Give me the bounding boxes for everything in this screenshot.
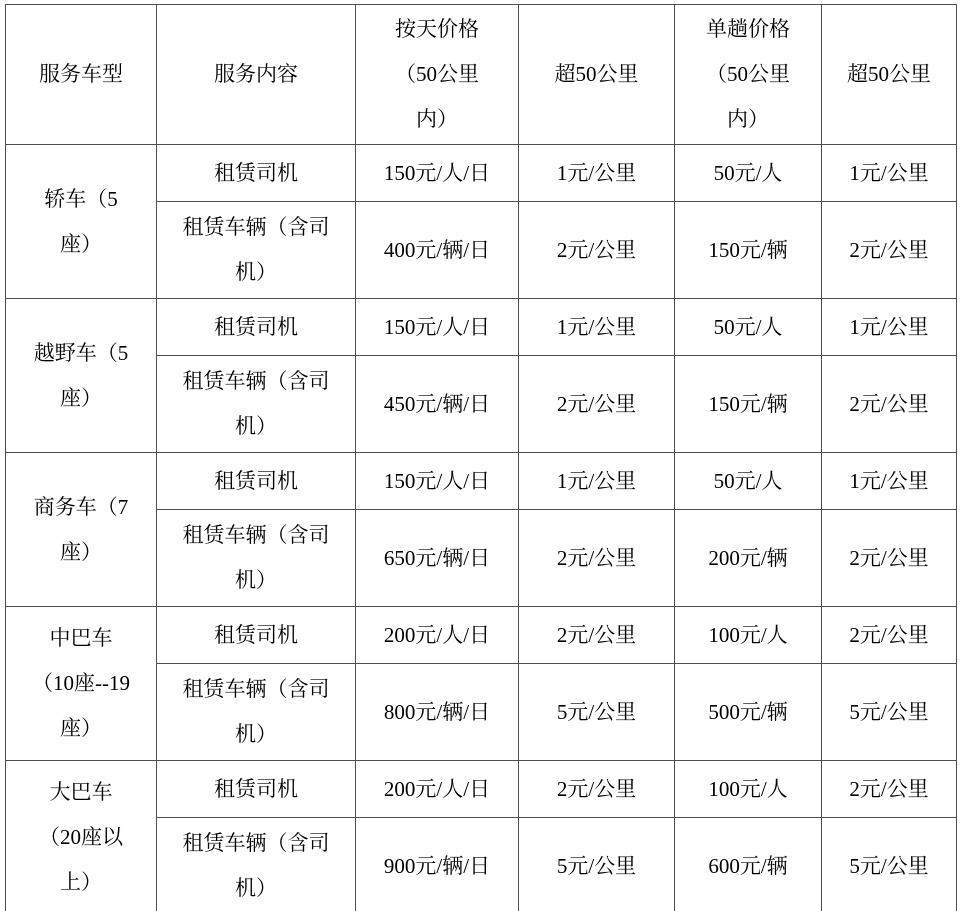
driver-row: 越野车（5 座） 租赁司机 150元/人/日 1元/公里 50元/人 1元/公里 bbox=[6, 299, 957, 356]
cell-trip-over: 1元/公里 bbox=[822, 453, 957, 510]
vehicle-rental-pricing-table: 服务车型 服务内容 按天价格 （50公里 内） 超50公里 单趟价格 （50公里… bbox=[5, 4, 957, 911]
driver-row: 轿车（5 座） 租赁司机 150元/人/日 1元/公里 50元/人 1元/公里 bbox=[6, 145, 957, 202]
cell-daily-price: 400元/辆/日 bbox=[356, 202, 519, 299]
cell-service-content: 租赁司机 bbox=[157, 453, 356, 510]
cell-vehicle-type: 中巴车 （10座--19 座） bbox=[6, 607, 157, 761]
cell-service-content: 租赁司机 bbox=[157, 299, 356, 356]
cell-trip-over: 5元/公里 bbox=[822, 818, 957, 911]
cell-trip-over: 5元/公里 bbox=[822, 664, 957, 761]
cell-daily-over: 2元/公里 bbox=[519, 510, 675, 607]
cell-trip-over: 2元/公里 bbox=[822, 356, 957, 453]
cell-service-content: 租赁车辆（含司 机） bbox=[157, 356, 356, 453]
cell-daily-price: 450元/辆/日 bbox=[356, 356, 519, 453]
cell-service-content: 租赁车辆（含司 机） bbox=[157, 202, 356, 299]
cell-daily-price: 150元/人/日 bbox=[356, 453, 519, 510]
cell-daily-price: 800元/辆/日 bbox=[356, 664, 519, 761]
cell-service-content: 租赁车辆（含司 机） bbox=[157, 664, 356, 761]
cell-daily-price: 200元/人/日 bbox=[356, 607, 519, 664]
cell-daily-over: 5元/公里 bbox=[519, 818, 675, 911]
cell-vehicle-type: 大巴车 （20座以 上） bbox=[6, 761, 157, 911]
cell-trip-price: 200元/辆 bbox=[675, 510, 822, 607]
cell-daily-price: 900元/辆/日 bbox=[356, 818, 519, 911]
cell-service-content: 租赁司机 bbox=[157, 761, 356, 818]
cell-trip-over: 1元/公里 bbox=[822, 299, 957, 356]
driver-row: 中巴车 （10座--19 座） 租赁司机 200元/人/日 2元/公里 100元… bbox=[6, 607, 957, 664]
cell-daily-price: 200元/人/日 bbox=[356, 761, 519, 818]
cell-vehicle-type: 商务车（7 座） bbox=[6, 453, 157, 607]
cell-trip-price: 600元/辆 bbox=[675, 818, 822, 911]
cell-service-content: 租赁司机 bbox=[157, 145, 356, 202]
cell-daily-price: 650元/辆/日 bbox=[356, 510, 519, 607]
col-header-vehicle-type: 服务车型 bbox=[6, 5, 157, 145]
cell-daily-over: 1元/公里 bbox=[519, 453, 675, 510]
cell-service-content: 租赁司机 bbox=[157, 607, 356, 664]
cell-trip-price: 100元/人 bbox=[675, 761, 822, 818]
cell-trip-price: 50元/人 bbox=[675, 299, 822, 356]
cell-trip-price: 50元/人 bbox=[675, 145, 822, 202]
document-page: 服务车型 服务内容 按天价格 （50公里 内） 超50公里 单趟价格 （50公里… bbox=[0, 0, 961, 911]
cell-daily-price: 150元/人/日 bbox=[356, 145, 519, 202]
cell-daily-over: 2元/公里 bbox=[519, 356, 675, 453]
cell-daily-over: 2元/公里 bbox=[519, 607, 675, 664]
col-header-trip-over-50km: 超50公里 bbox=[822, 5, 957, 145]
cell-trip-over: 2元/公里 bbox=[822, 761, 957, 818]
cell-trip-price: 150元/辆 bbox=[675, 202, 822, 299]
driver-row: 商务车（7 座） 租赁司机 150元/人/日 1元/公里 50元/人 1元/公里 bbox=[6, 453, 957, 510]
cell-vehicle-type: 轿车（5 座） bbox=[6, 145, 157, 299]
cell-trip-over: 2元/公里 bbox=[822, 510, 957, 607]
cell-trip-price: 50元/人 bbox=[675, 453, 822, 510]
cell-trip-price: 500元/辆 bbox=[675, 664, 822, 761]
col-header-service-content: 服务内容 bbox=[157, 5, 356, 145]
cell-daily-over: 1元/公里 bbox=[519, 145, 675, 202]
cell-trip-over: 1元/公里 bbox=[822, 145, 957, 202]
cell-daily-over: 2元/公里 bbox=[519, 202, 675, 299]
cell-daily-price: 150元/人/日 bbox=[356, 299, 519, 356]
cell-service-content: 租赁车辆（含司 机） bbox=[157, 818, 356, 911]
cell-trip-price: 100元/人 bbox=[675, 607, 822, 664]
cell-vehicle-type: 越野车（5 座） bbox=[6, 299, 157, 453]
col-header-daily-over-50km: 超50公里 bbox=[519, 5, 675, 145]
header-row: 服务车型 服务内容 按天价格 （50公里 内） 超50公里 单趟价格 （50公里… bbox=[6, 5, 957, 145]
cell-daily-over: 2元/公里 bbox=[519, 761, 675, 818]
cell-trip-over: 2元/公里 bbox=[822, 202, 957, 299]
cell-trip-over: 2元/公里 bbox=[822, 607, 957, 664]
driver-row: 大巴车 （20座以 上） 租赁司机 200元/人/日 2元/公里 100元/人 … bbox=[6, 761, 957, 818]
cell-daily-over: 5元/公里 bbox=[519, 664, 675, 761]
cell-daily-over: 1元/公里 bbox=[519, 299, 675, 356]
col-header-daily-price: 按天价格 （50公里 内） bbox=[356, 5, 519, 145]
cell-service-content: 租赁车辆（含司 机） bbox=[157, 510, 356, 607]
cell-trip-price: 150元/辆 bbox=[675, 356, 822, 453]
col-header-trip-price: 单趟价格 （50公里 内） bbox=[675, 5, 822, 145]
